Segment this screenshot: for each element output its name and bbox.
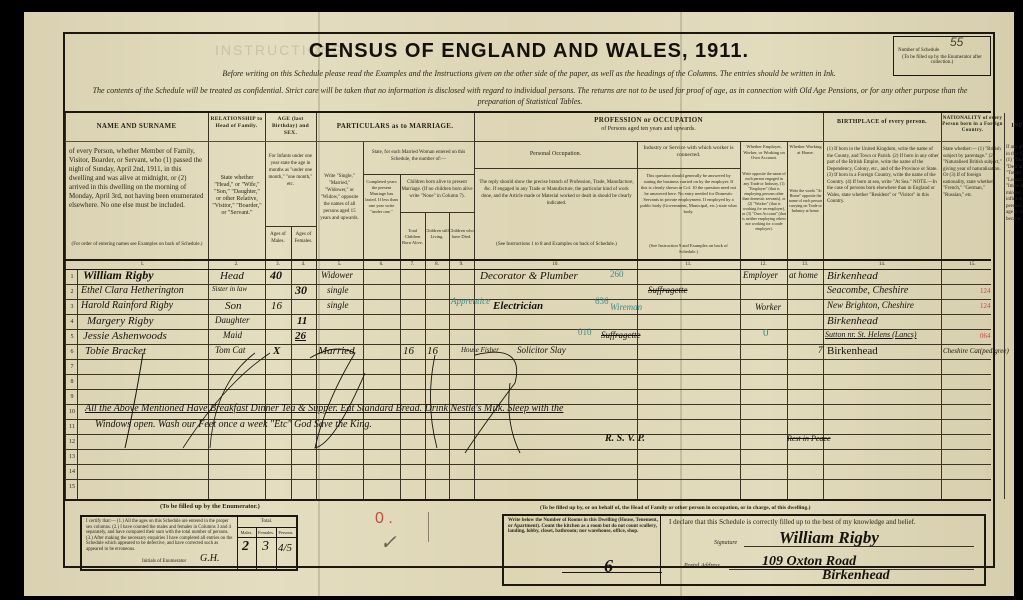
marriage-write-instruction: Write "Single," "Married," "Widower," or… — [318, 173, 361, 222]
page-title: CENSUS OF ENGLAND AND WALES, 1911. — [65, 40, 993, 63]
occupation-code: 010 — [578, 327, 592, 337]
children-living-header: Children still Living. — [425, 228, 449, 240]
header-infirmity: INFIRMITY. — [1004, 123, 1023, 130]
birthplace-code: 124 — [980, 302, 991, 310]
header-profession: PROFESSION or OCCUPATION — [474, 117, 823, 124]
total-persons: 4/5 — [278, 542, 292, 554]
marital-status: single — [327, 300, 349, 310]
schedule-number-label: Number of Schedule — [898, 48, 939, 53]
at-home: at home — [789, 270, 818, 280]
column-number: 12. — [740, 262, 787, 267]
completed-years-header: Completed years the present Marriage has… — [364, 179, 399, 215]
personal-occupation-header: Personal Occupation. — [474, 151, 637, 158]
row-number: 2 — [67, 289, 77, 295]
birthplace-code: 124 — [980, 287, 991, 295]
birthplace-code: 064 — [980, 332, 991, 340]
person-name: Ethel Clara Hetherington — [81, 285, 184, 296]
employer-description: Write opposite the name of each person e… — [742, 171, 786, 231]
industry-note: (See Instruction 9 and Examples on back … — [640, 243, 737, 255]
household-heading: (To be filled up by, or on behalf of, th… — [540, 505, 810, 511]
relationship: Head — [220, 270, 244, 282]
column-number: 7. — [400, 262, 425, 267]
at-home-header: Whether Working at Home. — [788, 144, 823, 155]
children-died-header: Children who have Died. — [449, 228, 474, 240]
postal-address-label: Postal Address — [684, 563, 720, 569]
column-number: 4. — [291, 262, 316, 267]
industry: Suffragette — [601, 330, 641, 340]
instruction-line: Before writing on this Schedule please r… — [65, 69, 993, 78]
males-label: Males. — [237, 530, 256, 535]
enumerator-certification: I certify that:— (1.) All the ages on th… — [86, 519, 236, 552]
remarks-rest: Rest in Peace — [787, 434, 831, 443]
birthplace: Birkenhead — [827, 270, 878, 282]
birthplace: Sutton nr. St. Helens (Lancs) — [825, 330, 917, 339]
age-female: 30 — [295, 283, 307, 298]
red-annotation: 0 . — [375, 510, 393, 528]
age-male: 16 — [271, 300, 282, 312]
person-name: Harold Rainford Rigby — [81, 300, 173, 311]
profession-subheader: of Persons aged ten years and upwards. — [474, 126, 823, 133]
column-number: 11. — [637, 262, 740, 267]
employer-header: Whether Employer, Worker, or Working on … — [741, 144, 787, 161]
row-number: 1 — [67, 274, 77, 280]
column-number: 16. — [1004, 262, 1023, 267]
industry-header: Industry or Service with which worker is… — [639, 145, 738, 159]
rooms-description: Write below the Number of Rooms in this … — [508, 518, 658, 535]
relationship-description: State whether "Head," or "Wife," "Son," … — [211, 175, 263, 217]
header-birthplace: BIRTHPLACE of every person. — [823, 119, 941, 126]
occupation: Electrician — [493, 300, 543, 312]
header-marriage: PARTICULARS as to MARRIAGE. — [316, 123, 474, 130]
census-table: NAME AND SURNAME of every Person, whethe… — [65, 111, 991, 501]
children-born-header: Children born alive to present Marriage.… — [401, 179, 473, 200]
row-number: 5 — [67, 334, 77, 340]
header-relationship: RELATIONSHIP to Head of Family. — [208, 116, 265, 130]
relationship: Sister in law — [212, 285, 247, 293]
column-number: 15. — [941, 262, 1004, 267]
total-males: 2 — [242, 539, 249, 555]
occupation-code: 636 — [595, 296, 609, 306]
address-line-2: Birkenhead — [822, 568, 890, 584]
remarks-line-1: All the Above Mentioned Have Breakfast D… — [85, 403, 563, 414]
age-female: 26 — [295, 330, 306, 342]
column-number: 9. — [449, 262, 474, 267]
persons-label: Persons. — [276, 530, 296, 535]
header-name: NAME AND SURNAME — [65, 123, 208, 130]
column-number: 3. — [265, 262, 291, 267]
employment-status: Employer — [743, 270, 778, 280]
employment-status: Worker — [755, 302, 781, 312]
column-number: 10. — [474, 262, 637, 267]
row-number: 4 — [67, 319, 77, 325]
age-males-header: Ages of Males. — [265, 231, 291, 245]
personal-occupation-description: The reply should show the precise branch… — [479, 179, 634, 207]
occupation: Decorator & Plumber — [480, 270, 578, 282]
column-number: 1. — [77, 262, 208, 267]
birthplace: New Brighton, Cheshire — [827, 300, 914, 310]
relationship: Son — [225, 300, 242, 312]
pencil-stroke — [428, 512, 429, 542]
at-home-description: Write the words "At Home" opposite the n… — [789, 188, 822, 213]
initials-label: Initials of Enumerator — [142, 559, 186, 564]
infirmity-description: If any person included in this Schedule … — [1006, 145, 1023, 223]
total-children-header: Total Children Born Alive. — [400, 228, 425, 246]
remarks-rsvp: R. S. V. P. — [605, 433, 645, 444]
row-number: 3 — [67, 304, 77, 310]
enumerator-heading: (To be filled up by the Enumerator.) — [160, 503, 260, 510]
signature: William Rigby — [779, 528, 879, 548]
age-female: 11 — [297, 315, 307, 327]
household-box: Write below the Number of Rooms in this … — [502, 514, 986, 586]
industry-description: This question should generally be answer… — [640, 173, 737, 215]
column-number: 5. — [316, 262, 363, 267]
relationship: Daughter — [215, 315, 250, 325]
column-number: 14. — [823, 262, 941, 267]
married-woman-header: State, for each Married Woman entered on… — [365, 149, 472, 163]
row-number: 15 — [67, 484, 77, 490]
person-name: Margery Rigby — [87, 315, 154, 327]
marital-status: single — [327, 285, 349, 295]
employment-code: 0 — [763, 327, 769, 339]
name-note: (For order of entering names see Example… — [69, 241, 205, 248]
check-mark-icon: ✓ — [380, 530, 397, 555]
enumerator-initials: G.H. — [200, 553, 219, 564]
declaration: I declare that this Schedule is correctl… — [669, 518, 916, 526]
occupation-prefix: Apprentice — [451, 296, 490, 306]
schedule-note: (To be filled up by the Enumerator after… — [898, 55, 986, 65]
signature-label: Signature — [714, 540, 737, 546]
occupation-code: 260 — [610, 269, 624, 279]
name-description: of every Person, whether Member of Famil… — [69, 147, 205, 210]
header-age: AGE (last Birthday) and SEX. — [265, 116, 316, 137]
schedule-number-box: Number of Schedule 55 (To be filled up b… — [893, 36, 991, 76]
age-females-header: Ages of Females. — [291, 231, 316, 245]
birthplace-description: (1) If born in the United Kingdom, write… — [827, 147, 939, 206]
birthplace: Birkenhead — [827, 315, 878, 327]
nationality-description: State whether:— (1) "British subject by … — [943, 147, 1003, 199]
females-label: Females. — [256, 530, 276, 535]
industry: Suffragette — [648, 285, 688, 295]
confidential-notice: The contents of the Schedule will be tre… — [75, 85, 985, 107]
column-number: 2. — [208, 262, 265, 267]
number-of-rooms: 6 — [604, 556, 613, 577]
age-male: 40 — [270, 268, 282, 283]
schedule-number: 55 — [950, 35, 963, 49]
column-number: 13. — [787, 262, 823, 267]
industry: Wireman — [610, 302, 642, 312]
total-label: Total. — [237, 519, 296, 524]
total-females: 3 — [262, 539, 269, 555]
column-number: 8. — [425, 262, 449, 267]
person-name: Jessie Ashenwoods — [83, 330, 167, 342]
person-name: William Rigby — [83, 268, 154, 283]
marital-status: Widower — [321, 270, 353, 280]
age-description: For Infants under one year state the age… — [267, 153, 314, 188]
column-number: 6. — [363, 262, 400, 267]
remarks-line-2: Windows open. Wash our Feet once a week … — [95, 419, 372, 430]
header-nationality: NATIONALITY of every Person born in a Fo… — [941, 116, 1004, 134]
relationship: Maid — [223, 330, 242, 340]
birthplace: Seacombe, Cheshire — [827, 285, 908, 296]
enumerator-box: I certify that:— (1.) All the ages on th… — [80, 515, 298, 571]
personal-occupation-note: (See Instructions 1 to 8 and Examples on… — [479, 241, 634, 248]
